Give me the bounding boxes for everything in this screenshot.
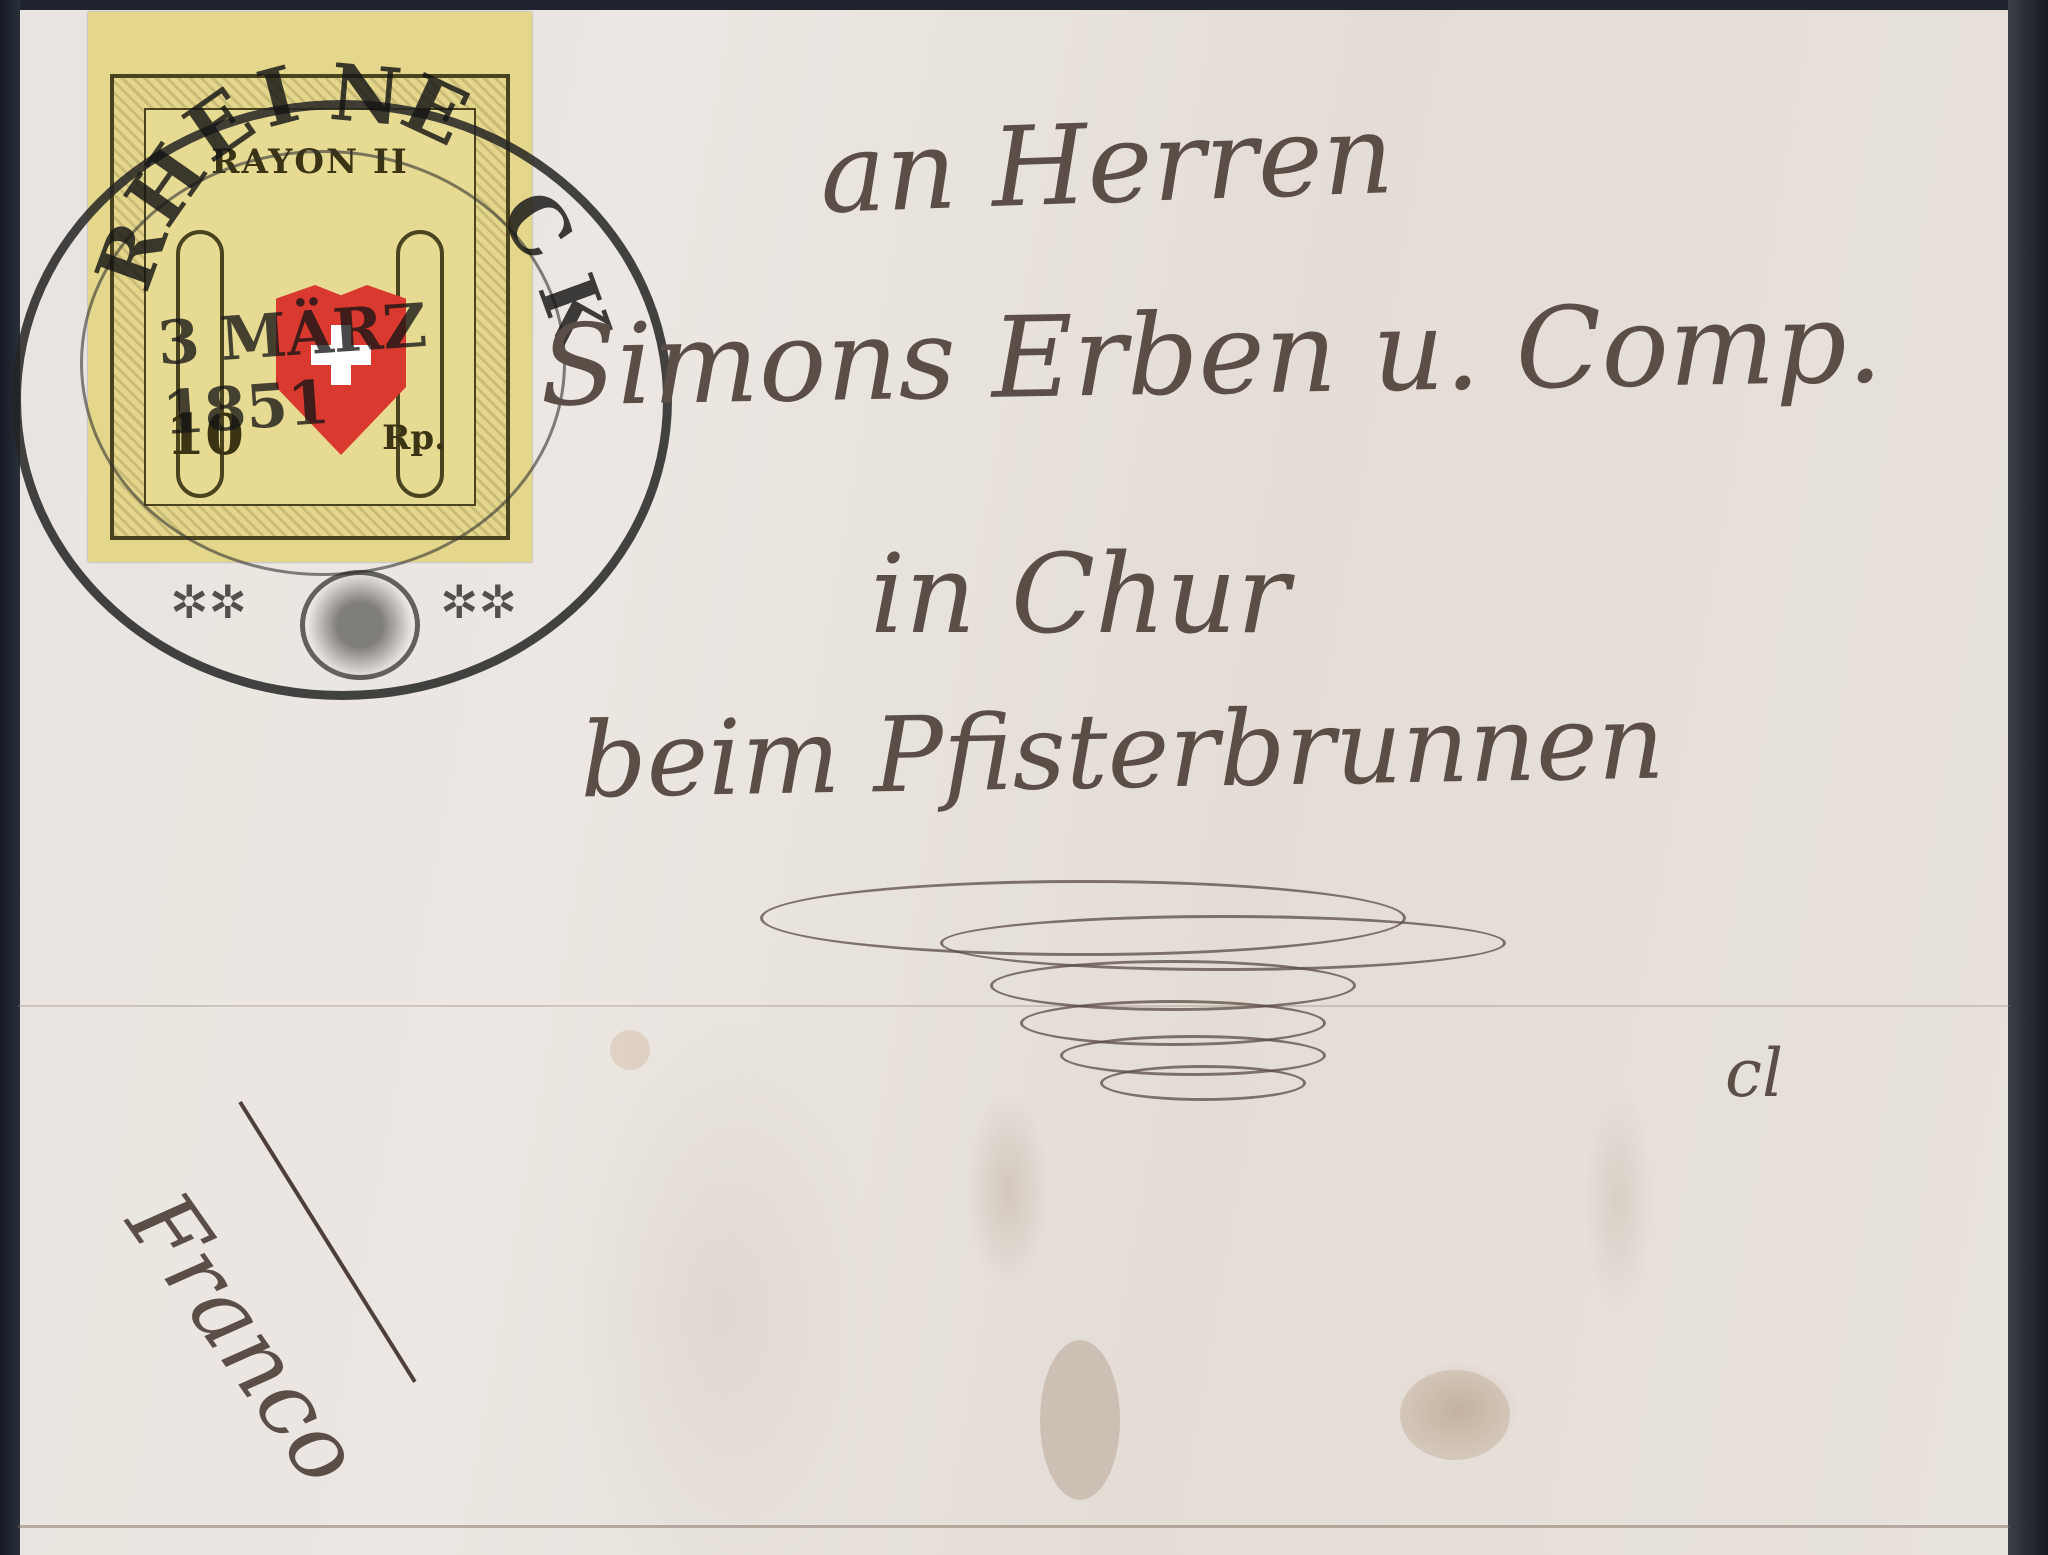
handwritten-flourish (740, 870, 1640, 1110)
postmark-seal-icon (300, 570, 420, 680)
address-line-1: an Herren (818, 90, 1396, 238)
fold-line (18, 1525, 2010, 1528)
address-line-2: Simons Erben u. Comp. (539, 278, 1883, 431)
postmark-day: 3 (155, 307, 202, 380)
address-line-3: in Chur (870, 530, 1289, 658)
background-left (0, 0, 20, 1555)
background-right (2008, 0, 2048, 1555)
foxing-stain (1040, 1340, 1120, 1500)
address-line-4: beim Pfisterbrunnen (579, 681, 1666, 822)
postmark-flower-ornament-icon: ✲✲ (440, 575, 517, 629)
corner-mark: cl (1725, 1035, 1783, 1112)
foxing-stain (610, 1030, 650, 1070)
postmark-letter: C (481, 174, 591, 277)
postmark-flower-ornament-icon: ✲✲ (170, 575, 247, 629)
foxing-stain (1400, 1370, 1510, 1460)
postmark-year: 1851 (160, 368, 331, 449)
postmark-month: MÄRZ (218, 291, 429, 375)
postmark-date: 3 MÄRZ 1851 (155, 291, 433, 449)
